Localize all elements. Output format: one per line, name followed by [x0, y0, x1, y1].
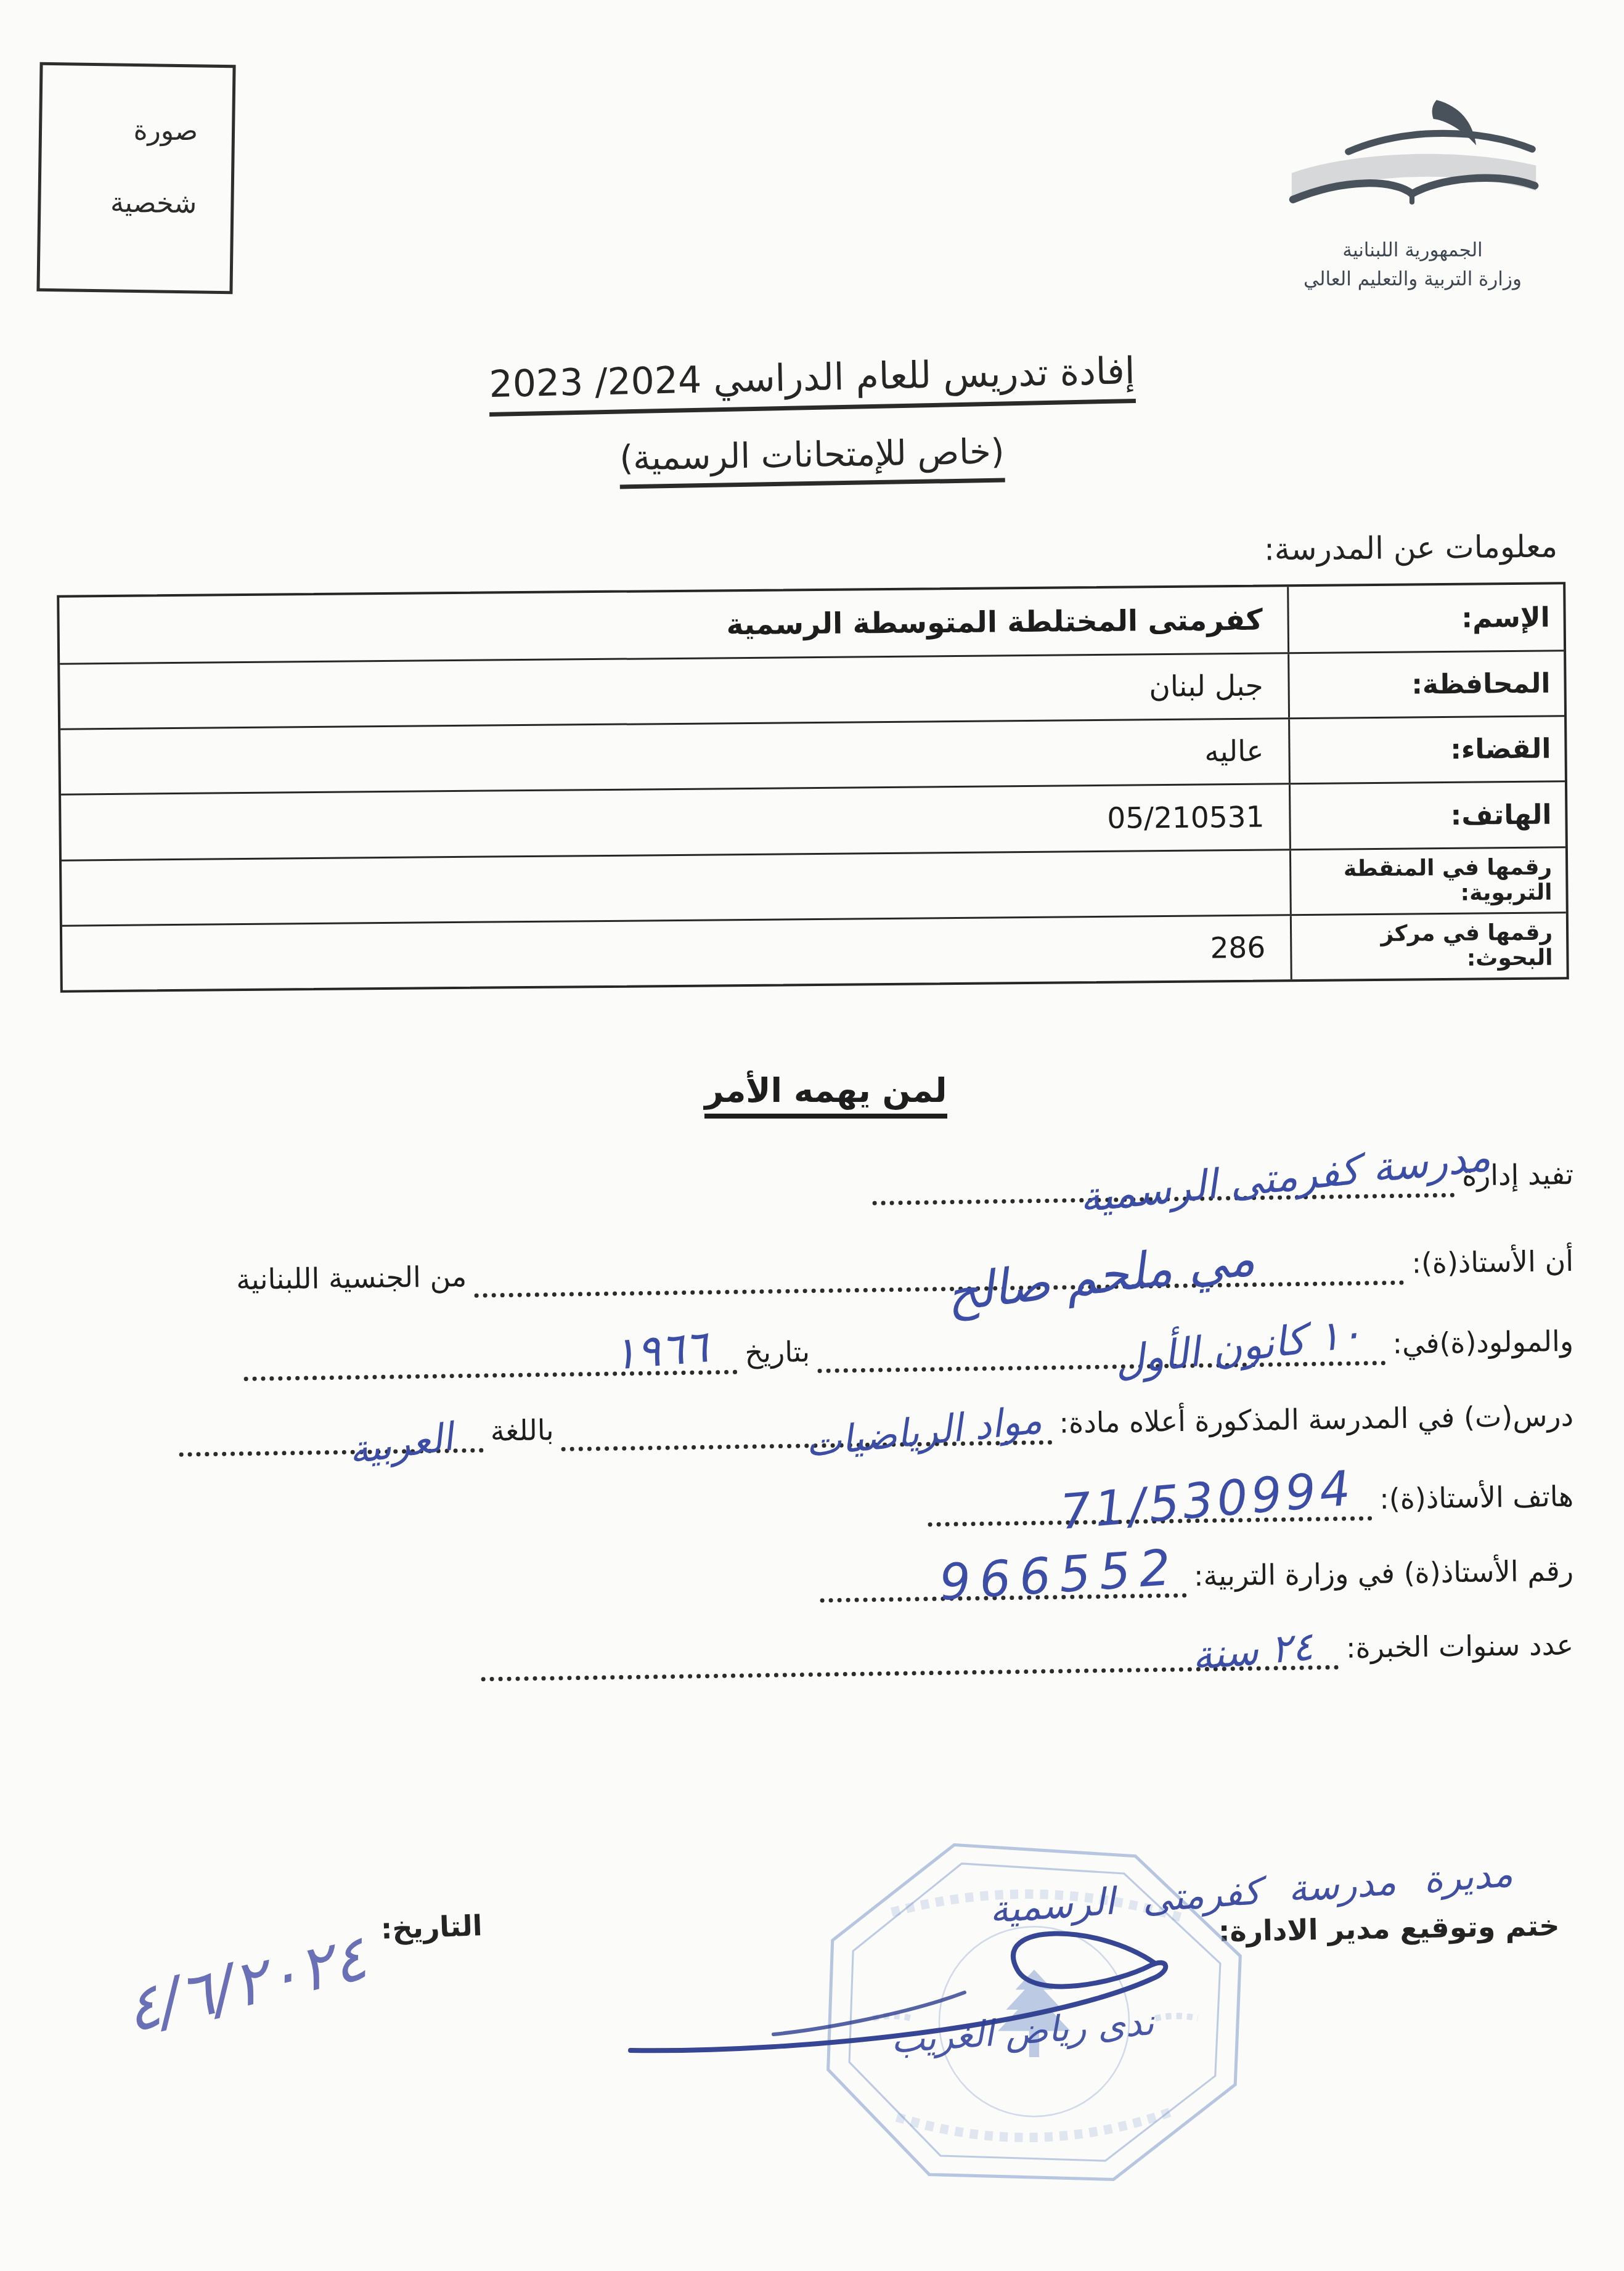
line-birth: والمولود(ة)في: ١٠ كانون الأول بتاريخ ١٩٦…: [236, 1310, 1574, 1381]
to-whom-heading: لمن يهمه الأمر: [690, 1071, 961, 1110]
subject-label: درس(ت) في المدرسة المذكورة أعلاه مادة:: [1059, 1399, 1573, 1445]
row-label-research-center-number: رقمها في مركز البحوث:: [1290, 913, 1567, 979]
photo-label-line2: شخصية: [41, 187, 197, 219]
row-label-phone: الهاتف:: [1289, 783, 1565, 849]
table-row: الهاتف: 05/210531: [61, 781, 1565, 859]
open-book-logo-icon: [1274, 91, 1551, 236]
dotted-leader: ١٩٦٦: [243, 1317, 738, 1381]
school-info-table: الإسم: كفرمتى المختلطة المتوسطة الرسمية …: [57, 582, 1569, 992]
logo-ministry-line: وزارة التربية والتعليم العالي: [1265, 265, 1561, 294]
row-value-phone: 05/210531: [61, 785, 1289, 860]
row-value-governorate: جبل لبنان: [60, 654, 1288, 728]
handwritten-subject: مواد الرياضيات: [804, 1401, 1043, 1463]
table-row: الإسم: كفرمتى المختلطة المتوسطة الرسمية: [59, 584, 1564, 663]
birth-label: والمولود(ة)في:: [1392, 1324, 1573, 1365]
photo-label-line1: صورة: [42, 115, 198, 147]
teacher-label: أن الأستاذ(ة):: [1411, 1244, 1573, 1285]
handwritten-birth-place: ١٠ كانون الأول: [1112, 1313, 1365, 1382]
dotted-leader: ٢٤ سنة: [480, 1612, 1339, 1681]
handwritten-date: ٤/٦/٢٠٢٤: [118, 1921, 373, 2047]
handwritten-birth-year: ١٩٦٦: [611, 1324, 709, 1376]
dotted-leader: مواد الرياضيات: [561, 1387, 1052, 1451]
document-title: إفادة تدريس للعام الدراسي 2023 /2024: [0, 339, 1624, 416]
title-years: 2023 /2024: [489, 359, 702, 406]
handwritten-school-name: مدرسة كفرمتى الرسمية: [1078, 1136, 1493, 1218]
dotted-leader: 71/530994: [927, 1463, 1372, 1527]
dotted-leader: ١٠ كانون الأول: [817, 1308, 1385, 1373]
row-value-name: كفرمتى المختلطة المتوسطة الرسمية: [59, 587, 1287, 663]
row-value-research-center-number: 286: [62, 916, 1291, 990]
row-value-district-number: [62, 850, 1290, 925]
row-label-district-number: رقمها في المنقطة التربوية:: [1289, 848, 1566, 914]
scanned-teaching-certificate: صورة شخصية الجمهورية اللبنانية وزارة الت…: [0, 0, 1624, 2271]
photo-placeholder-box: صورة شخصية: [36, 62, 235, 294]
ministry-number-label: رقم الأستاذ(ة) في وزارة التربية:: [1194, 1554, 1574, 1597]
dotted-leader: 966552: [819, 1540, 1186, 1602]
logo-country-line: الجمهورية اللبنانية: [1265, 236, 1561, 265]
line-subject: درس(ت) في المدرسة المذكورة أعلاه مادة: م…: [171, 1384, 1574, 1457]
title-text: إفادة تدريس للعام الدراسي: [713, 349, 1136, 401]
line-phone: هاتف الأستاذ(ة): 71/530994: [920, 1465, 1573, 1527]
table-row: رقمها في مركز البحوث: 286: [62, 911, 1567, 990]
dotted-leader: مدرسة كفرمتى الرسمية: [871, 1140, 1455, 1205]
line-certify: تفيد إدارة مدرسة كفرمتى الرسمية: [864, 1143, 1573, 1205]
dotted-leader: مي ملحم صالح: [473, 1228, 1405, 1298]
handwritten-experience-years: ٢٤ سنة: [1191, 1627, 1315, 1676]
experience-label: عدد سنوات الخبرة:: [1346, 1628, 1574, 1670]
row-label-name: الإسم:: [1287, 584, 1564, 652]
school-info-heading: معلومات عن المدرسة:: [1264, 529, 1558, 568]
line-teacher: أن الأستاذ(ة): مي ملحم صالح من الجنسية ا…: [236, 1229, 1574, 1301]
line-ministry-number: رقم الأستاذ(ة) في وزارة التربية: 966552: [812, 1539, 1573, 1602]
nationality-label: من الجنسية اللبنانية: [236, 1260, 467, 1301]
row-label-district: القضاء:: [1288, 717, 1565, 783]
birth-date-label: بتاريخ: [745, 1335, 810, 1374]
ministry-logo: الجمهورية اللبنانية وزارة التربية والتعل…: [1265, 91, 1561, 293]
director-signature-icon: [619, 1920, 1186, 2074]
dotted-leader: العربية: [178, 1395, 483, 1457]
handwritten-language: العربية: [346, 1417, 455, 1469]
handwritten-teacher-phone: 71/530994: [1059, 1464, 1356, 1537]
table-row: المحافظة: جبل لبنان: [60, 650, 1564, 728]
table-row: رقمها في المنقطة التربوية:: [62, 846, 1566, 924]
language-label: باللغة: [490, 1413, 554, 1452]
date-label: التاريخ:: [380, 1909, 483, 1946]
row-label-governorate: المحافظة:: [1287, 652, 1564, 718]
teacher-phone-label: هاتف الأستاذ(ة):: [1379, 1480, 1574, 1520]
handwritten-teacher-name: مي ملحم صالح: [944, 1233, 1257, 1319]
document-subtitle: (خاص للإمتحانات الرسمية): [0, 421, 1624, 489]
table-row: القضاء: عاليه: [60, 716, 1565, 794]
row-value-district: عاليه: [60, 720, 1289, 794]
handwritten-ministry-number: 966552: [938, 1543, 1181, 1608]
line-experience: عدد سنوات الخبرة: ٢٤ سنة: [473, 1613, 1573, 1682]
